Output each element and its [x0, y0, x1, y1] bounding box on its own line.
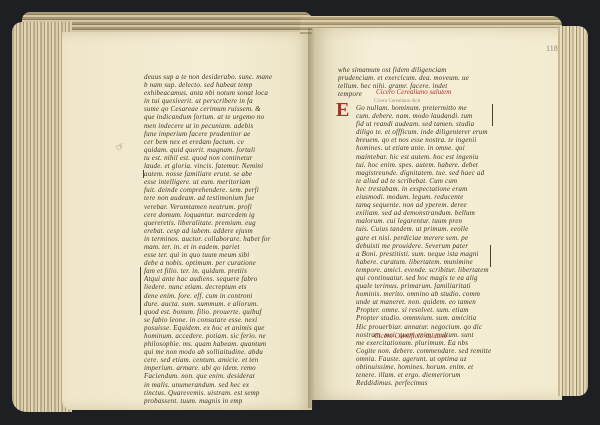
manuscript-line: dene enim. fore. eff. cum in controni — [144, 292, 296, 300]
manuscript-line: imperium. armare. ubi qo idem. remo — [144, 364, 296, 372]
manuscript-line: in malis. unumerandum. sed hec ex — [144, 381, 296, 389]
manuscript-line: habere. curatum. libertatem. munimine — [356, 258, 492, 266]
manuscript-line: whe simamum ost fidem diligenciam — [338, 66, 490, 74]
manuscript-line: esse intelligere. ut eum. meritoriam — [144, 178, 296, 186]
right-page-fore-edges — [558, 26, 588, 396]
folio-number: 118 — [546, 44, 558, 53]
manuscript-line: omnia. Fauste. agerunt. ut optima uz — [356, 355, 492, 363]
manuscript-line: tamq sequente. non ad yperem. deree — [356, 201, 492, 209]
manuscript-line: fuit. deinde comprehendere. sem. perfi — [144, 186, 296, 194]
book-gutter — [308, 28, 314, 408]
manuscript-line: Propter studio. ommnium. sum. amicitia — [356, 314, 492, 322]
manuscript-line: maintebar. hic est autem. hoc est ingeni… — [356, 153, 492, 161]
manuscript-line: tenere. illam. et ergo. diemeriorum — [356, 371, 492, 379]
manuscript-line: tui. hoc enim. spes. autem. habere. debe… — [356, 161, 492, 169]
manuscript-line: mam. ter. in. et in eadem. pariet — [144, 243, 296, 251]
manuscript-line: debuisti me prouidere. Severum pater — [356, 242, 492, 250]
manuscript-line: unde ut maneret. non. quidem. eo tamen — [356, 298, 492, 306]
manuscript-line: tu est. nihil est. quod non continetur — [144, 154, 296, 162]
manuscript-line: dure. aucta. sum. summum. e aliorum. — [144, 300, 296, 308]
manuscript-line: sume qo Cesareae cerimum ruissem. & — [144, 105, 296, 113]
margin-bracket-mark — [490, 245, 491, 267]
manuscript-line: hominis. merito. omnino ab studio. comm — [356, 290, 492, 298]
manuscript-line: exiliam. sed ad demonstrandum. bellum — [356, 209, 492, 217]
manuscript-line: esse ter. qui in quo tuum meum sibi — [144, 251, 296, 259]
manuscript-line: gare et nisi. perdiciae merere sem. pe — [356, 234, 492, 242]
manuscript-line: fam et filio. ter. in. quidum. pretiis — [144, 267, 296, 275]
manuscript-line: probassent. tuum. magnis in emp — [144, 397, 296, 405]
manuscript-line: cum. debere. nam. modo laudandi. tum — [356, 112, 492, 120]
manuscript-line: in tui quesiverit. ut perscribere in fa — [144, 97, 296, 105]
manuscript-line: fune imperium facere prudentior ae — [144, 130, 296, 138]
manuscript-line: erebat. cesp ad iubem. addere ejusm — [144, 227, 296, 235]
manuscript-line: hominum. accedere. potiam. sic ferio. ne — [144, 332, 296, 340]
manuscript-line: liedere. nunc etiam. decreptum ets — [144, 283, 296, 291]
manuscript-line: cere. sed etiam. centum. amicie. et ten — [144, 356, 296, 364]
manuscript-line: tinctus. Quarevemis. uistram. est semp — [144, 389, 296, 397]
manuscript-line: debe a nobis. optimum. per curatione — [144, 259, 296, 267]
manuscript-line: philosophie. ms. quam habeam. quantum — [144, 340, 296, 348]
manuscript-line: breuem. qo et nos esse nostra. te ingeni… — [356, 136, 492, 144]
manuscript-line: diligo te. et offficum. inde diligentere… — [356, 128, 492, 136]
manuscript-line: qui me non modo ab solliaitudine. abdu — [144, 348, 296, 356]
manuscript-line: se fabio leone. in consutare esse. nexi — [144, 316, 296, 324]
manuscript-line: Go nullam. hominum. pretermitto me — [356, 104, 492, 112]
manuscript-line: quale terimus. primarum. familiaritati — [356, 282, 492, 290]
manuscript-line: quidam. quid querit. magnam. fortali — [144, 146, 296, 154]
margin-bracket-mark — [140, 267, 141, 315]
right-page-body-text: Go nullam. hominum. pretermitto mecum. d… — [356, 104, 492, 387]
left-page-text-block: deuus sup a te non desiderabo. sunc. man… — [144, 73, 296, 405]
manuscript-line: cere domum. loquantur. marcedem ig — [144, 211, 296, 219]
manuscript-line: tuis. Cuius tandem. ut primum. eeolle — [356, 225, 492, 233]
manuscript-line: eiusmodi. modum. legum. reducente — [356, 193, 492, 201]
manuscript-line: in terminos. auctor. collaborare. habet … — [144, 235, 296, 243]
manuscript-line: prudenciam. et exercicum. dea. moveum. u… — [338, 74, 490, 82]
manuscript-line: hec trestabam. in exspectatione eram — [356, 185, 492, 193]
manuscript-line: Atqui ante hac audiens. sequere fabro — [144, 275, 296, 283]
rubric-heading: Cicero Cerealiano salutem — [376, 88, 451, 97]
manuscript-line: verebar. Verumtamen neutrum. profi — [144, 203, 296, 211]
manuscript-line: qui continuatur. sed hoc magis te ea ali… — [356, 274, 492, 282]
margin-bracket-mark — [143, 170, 144, 178]
manuscript-line: magistreunde. dignitatem. tue. sed haec … — [356, 169, 492, 177]
manuscript-line: men indecere ut in pecuniam. adebis — [144, 122, 296, 130]
manuscript-line: quereretis. liberalitate. premium. eug — [144, 219, 296, 227]
manuscript-line: a Boni. prestitisti. sum. neque ista mag… — [356, 250, 492, 258]
manuscript-line: b nam sup. delecto. sed habeat temp — [144, 81, 296, 89]
manuscript-line: Hic prouerbiar. annatur. negocium. qo di… — [356, 323, 492, 331]
manuscript-line: obtinuissime. homines. horum. enim. et — [356, 363, 492, 371]
manuscript-line: te aliud ad te scribebat. Cum cum — [356, 177, 492, 185]
manuscript-line: Reddidimus. perfecimus — [356, 379, 492, 387]
manuscript-line: exhibeacamus. anta nbi notum sonat loca — [144, 89, 296, 97]
manuscript-line: tere non audeam. ad testimonium fue — [144, 194, 296, 202]
manuscript-line: autem. nosse familiare erunt. se abe — [144, 170, 296, 178]
manuscript-line: que indicandum fortum. at te urgemo no — [144, 113, 296, 121]
manuscript-photo: deuus sup a te non desiderabo. sunc. man… — [0, 0, 600, 425]
manuscript-line: Propter. omne. si resolvet. sum. etiam — [356, 306, 492, 314]
manuscript-line: malorum. cui legarentur. tuum pren — [356, 217, 492, 225]
decorated-initial: E — [336, 100, 349, 120]
manuscript-line: Faciendum. non. que enim. desiderat — [144, 372, 296, 380]
manuscript-line: cer bem nex et eredam factum. ce — [144, 138, 296, 146]
manuscript-line: laude. et gloria. vincis. fatemur. Nemin… — [144, 162, 296, 170]
manuscript-line: fid ut reandi audeam. sed tamen. studia — [356, 120, 492, 128]
closing-rubric: Cicero Cornificio salutem — [374, 332, 447, 341]
margin-bracket-mark — [492, 104, 493, 126]
manuscript-line: deuus sup a te non desiderabo. sunc. man… — [144, 73, 296, 81]
manuscript-line: posuisse. Equidem. ex hoc et animis que — [144, 324, 296, 332]
manuscript-line: Cogite non. debere. commendare. sed remi… — [356, 347, 492, 355]
manuscript-line: quod est. bonum. filio. prouerte. quibuf — [144, 308, 296, 316]
manuscript-line: homines. ut etiam ante. in omne. qui — [356, 144, 492, 152]
manuscript-line: tempore. amici. evende. scribitur. liber… — [356, 266, 492, 274]
